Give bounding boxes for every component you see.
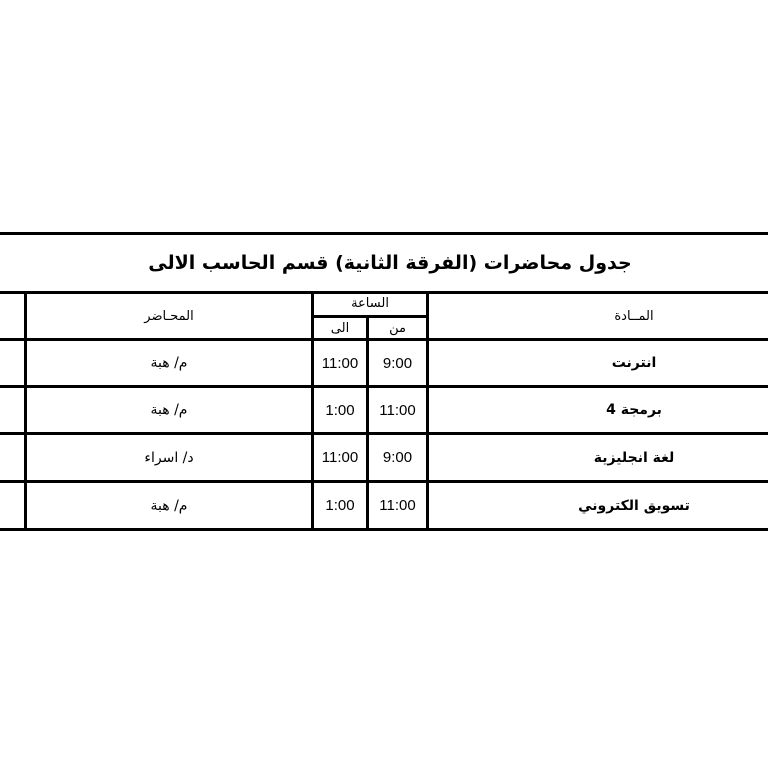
cell-lecturer: م/ هبة [27,483,311,528]
cell-from: 9:00 [369,341,426,385]
cell-from: 11:00 [369,483,426,528]
header-from: من [369,318,426,338]
header-subject: المــادة [429,294,768,338]
cell-subject: انترنت [429,341,768,385]
table-border-bottom [0,528,768,531]
page-title: جدول محاضرات (الفرقة الثانية) قسم الحاسب… [0,235,768,291]
cell-subject: برمجة 4 [429,388,768,432]
header-lecturer: المحـاضر [27,294,311,338]
cell-to: 11:00 [314,341,366,385]
cell-lecturer: م/ هبة [27,388,311,432]
cell-cut-off: مـ [0,341,24,385]
header-time: الساعة [314,292,426,315]
cell-lecturer: م/ هبة [27,341,311,385]
cell-cut-off [0,435,24,480]
cell-lecturer: د/ اسراء [27,435,311,480]
cell-to: 1:00 [314,388,366,432]
header-to: الى [314,318,366,338]
cell-cut-off: مـ [0,388,24,432]
cell-cut-off: مـ [0,483,24,528]
cell-subject: لغة انجليزية [429,435,768,480]
cell-subject: تسويق الكتروني [429,483,768,528]
cell-from: 11:00 [369,388,426,432]
cell-from: 9:00 [369,435,426,480]
cell-to: 11:00 [314,435,366,480]
cell-to: 1:00 [314,483,366,528]
